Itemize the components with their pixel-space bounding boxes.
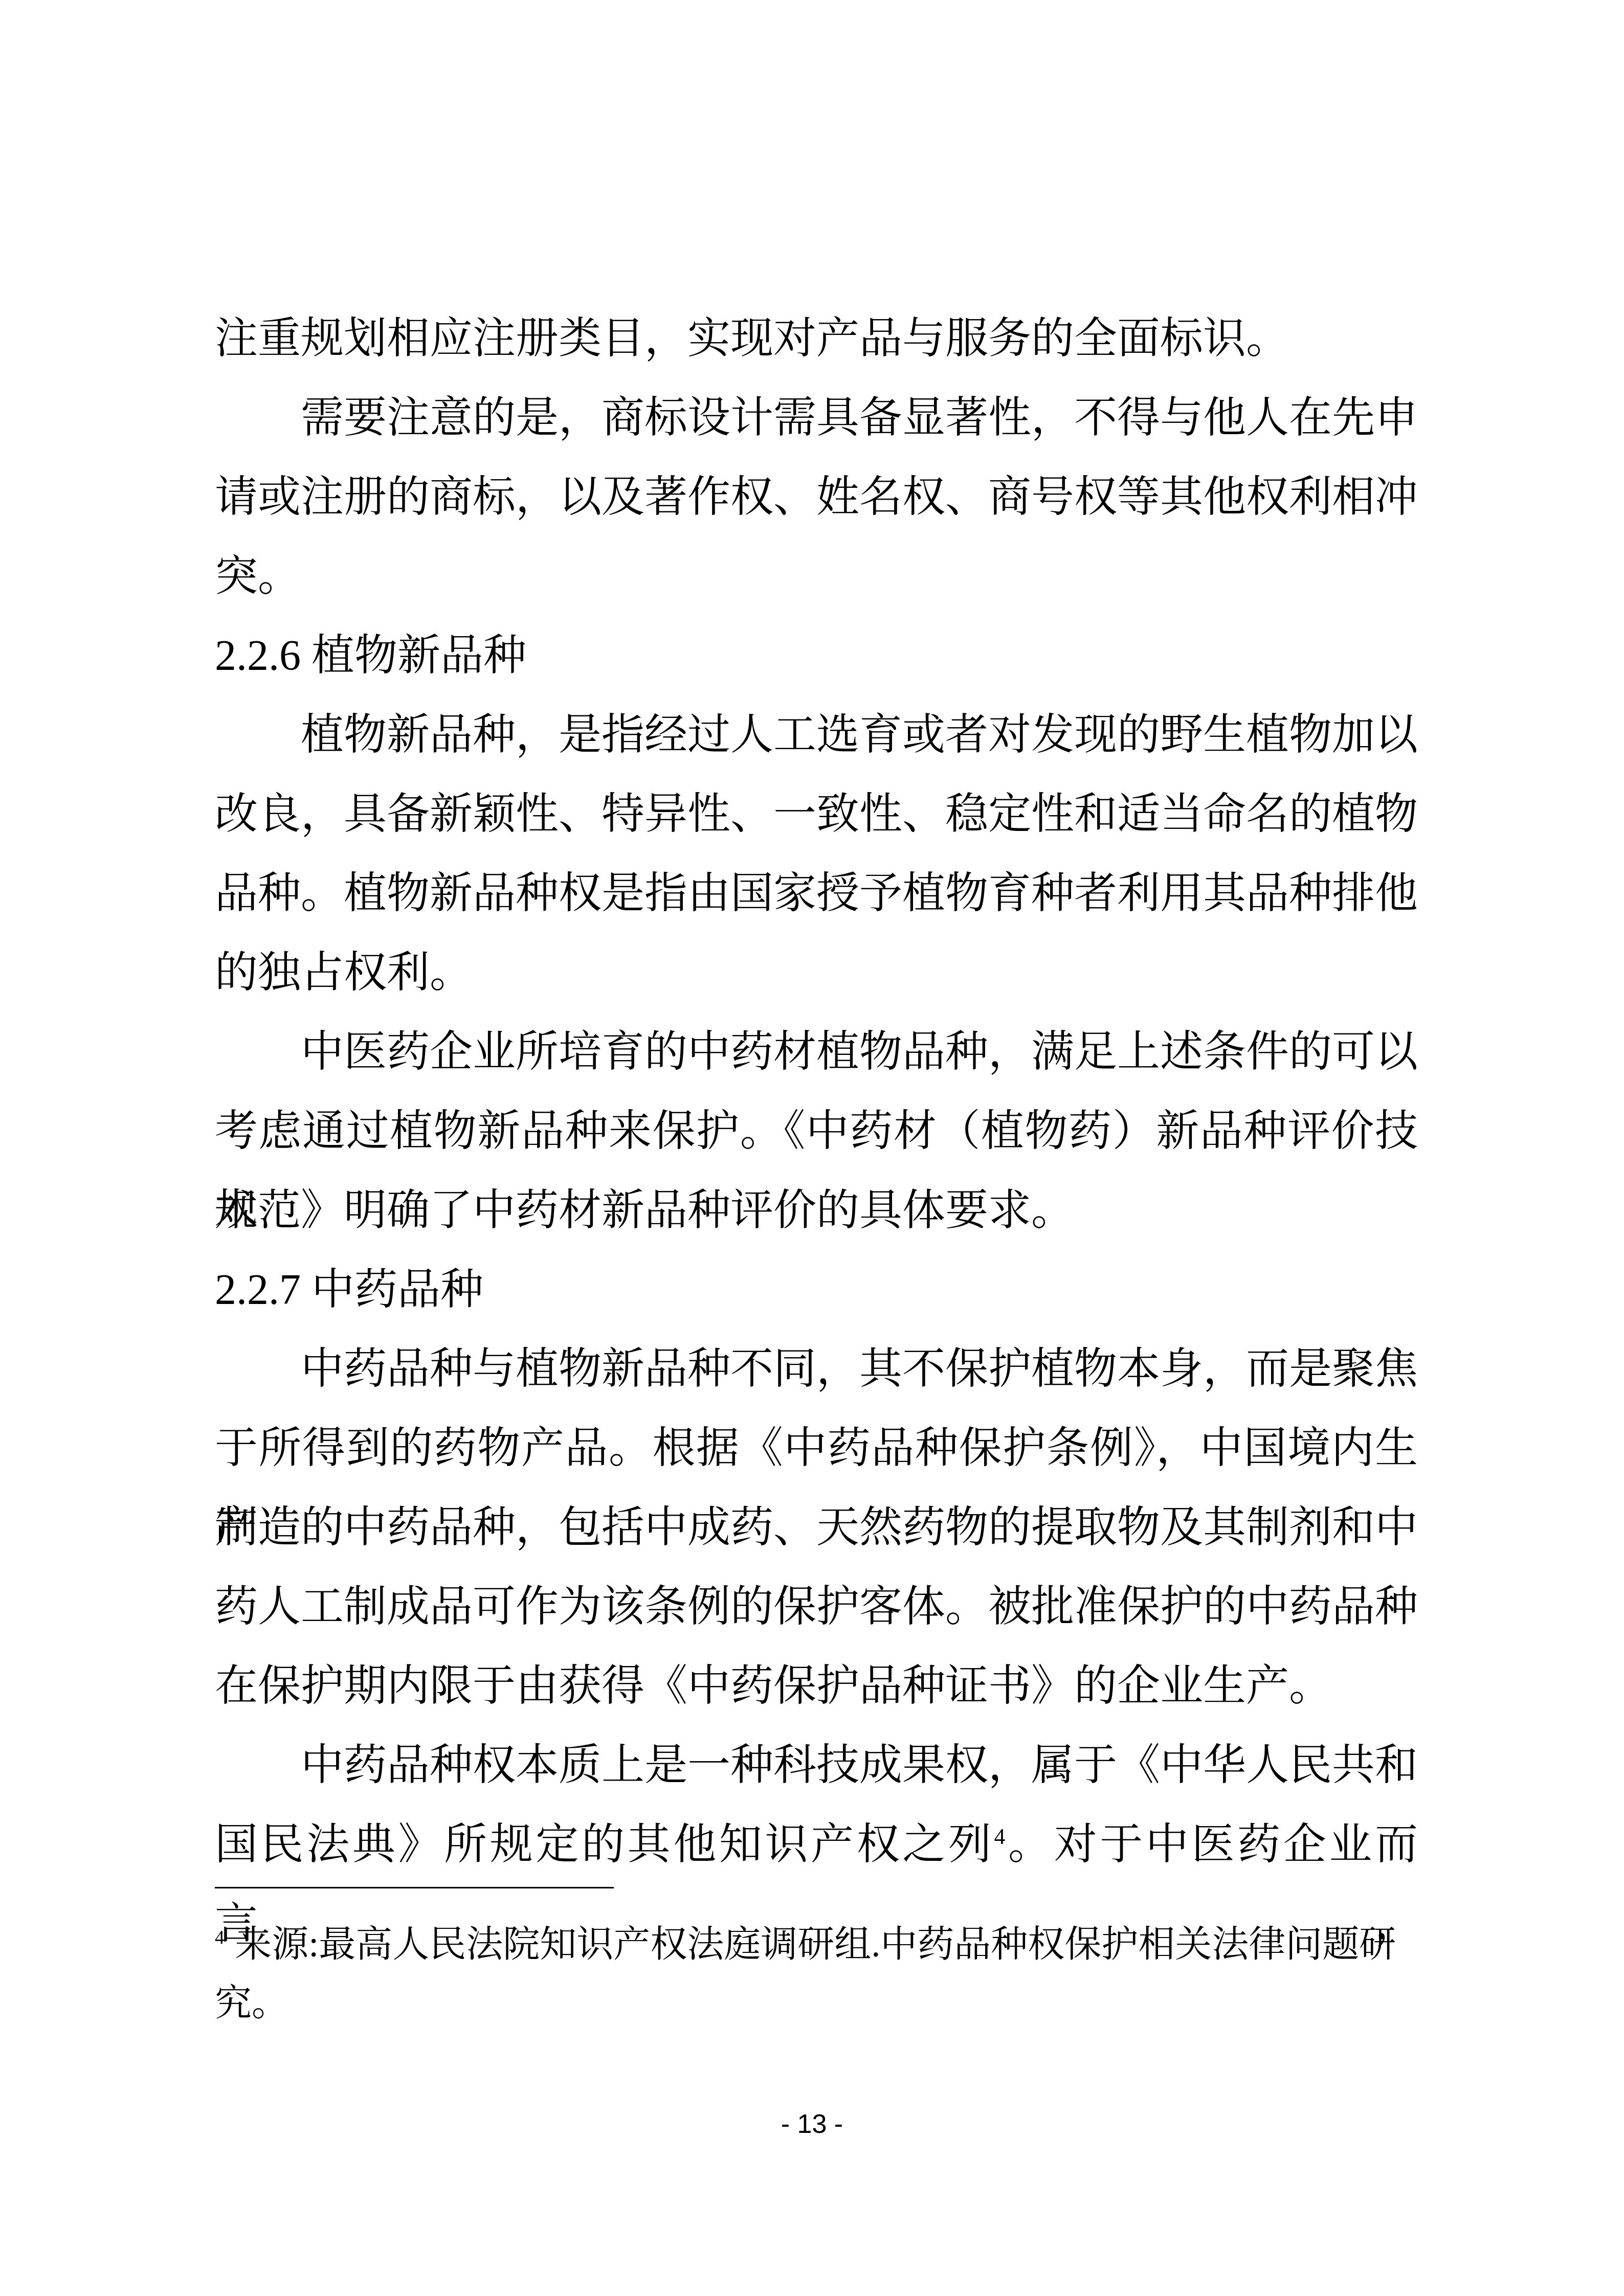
footnote-reference: 4 [994, 1825, 1006, 1849]
footnote-text: 究。 [215, 1983, 288, 2023]
body-line: 需要注意的是，商标设计需具备显著性，不得与他人在先申 [215, 378, 1418, 458]
body-line: 中医药企业所培育的中药材植物品种，满足上述条件的可以 [215, 1012, 1418, 1092]
footnote-line: 4来源:最高人民法院知识产权法庭调研组.中药品种权保护相关法律问题研 [215, 1915, 1418, 1974]
text-run: 中药品种权本质上是一种科技成果权，属于《中华人民共和 [301, 1742, 1418, 1789]
body-line: 的独占权利。 [215, 933, 1418, 1012]
text-run: 品种。植物新品种权是指由国家授予植物育种者利用其品种排他 [215, 870, 1418, 917]
text-run: 中药品种与植物新品种不同，其不保护植物本身，而是聚焦 [301, 1345, 1418, 1393]
text-run: 在保护期内限于由获得《中药保护品种证书》的企业生产。 [215, 1662, 1332, 1710]
page-number: - 13 - [0, 2111, 1624, 2137]
text-run: 药人工制成品可作为该条例的保护客体。被批准保护的中药品种 [215, 1583, 1418, 1631]
footnote-marker: 4 [215, 1927, 225, 1948]
body-line: 药人工制成品可作为该条例的保护客体。被批准保护的中药品种 [215, 1567, 1418, 1647]
body-line: 在保护期内限于由获得《中药保护品种证书》的企业生产。 [215, 1647, 1418, 1726]
body-line: 请或注册的商标，以及著作权、姓名权、商号权等其他权利相冲 [215, 458, 1418, 537]
text-run: 的独占权利。 [215, 949, 473, 997]
text-run: 2.2.7 中药品种 [215, 1266, 483, 1314]
text-run: 突。 [215, 553, 301, 600]
body-line: 制造的中药品种，包括中成药、天然药物的提取物及其制剂和中 [215, 1488, 1418, 1567]
section-heading: 2.2.6 植物新品种 [215, 616, 1418, 695]
text-run: 制造的中药品种，包括中成药、天然药物的提取物及其制剂和中 [215, 1504, 1418, 1551]
body-line: 改良，具备新颖性、特异性、一致性、稳定性和适当命名的植物 [215, 775, 1418, 854]
body-line: 植物新品种，是指经过人工选育或者对发现的野生植物加以 [215, 695, 1418, 775]
text-run: 规范》明确了中药材新品种评价的具体要求。 [215, 1187, 1074, 1234]
footnote-line: 究。 [215, 1974, 1418, 2033]
text-run: 改良，具备新颖性、特异性、一致性、稳定性和适当命名的植物 [215, 791, 1418, 838]
section-heading: 2.2.7 中药品种 [215, 1250, 1418, 1330]
body-line: 注重规划相应注册类目，实现对产品与服务的全面标识。 [215, 299, 1418, 378]
body-line: 突。 [215, 537, 1418, 616]
body-line: 于所得到的药物产品。根据《中药品种保护条例》，中国境内生产 [215, 1409, 1418, 1488]
document-page: 注重规划相应注册类目，实现对产品与服务的全面标识。需要注意的是，商标设计需具备显… [0, 0, 1624, 2296]
document-body: 注重规划相应注册类目，实现对产品与服务的全面标识。需要注意的是，商标设计需具备显… [215, 299, 1418, 1884]
text-run: 植物新品种，是指经过人工选育或者对发现的野生植物加以 [301, 711, 1418, 759]
text-run: 2.2.6 植物新品种 [215, 632, 526, 680]
text-run: 中医药企业所培育的中药材植物品种，满足上述条件的可以 [301, 1028, 1418, 1076]
body-line: 中药品种与植物新品种不同，其不保护植物本身，而是聚焦 [215, 1330, 1418, 1409]
body-line: 规范》明确了中药材新品种评价的具体要求。 [215, 1171, 1418, 1250]
footnote-area: 4来源:最高人民法院知识产权法庭调研组.中药品种权保护相关法律问题研 究。 [215, 1915, 1418, 2033]
text-run: 国民法典》所规定的其他知识产权之列 [215, 1821, 994, 1869]
body-line: 品种。植物新品种权是指由国家授予植物育种者利用其品种排他 [215, 854, 1418, 933]
text-run: 请或注册的商标，以及著作权、姓名权、商号权等其他权利相冲 [215, 474, 1418, 521]
body-line: 国民法典》所规定的其他知识产权之列4。对于中医药企业而言， [215, 1805, 1418, 1884]
footnote-separator [215, 1887, 614, 1888]
body-line: 考虑通过植物新品种来保护。《中药材（植物药）新品种评价技术 [215, 1092, 1418, 1171]
footnote-text: 来源:最高人民法院知识产权法庭调研组.中药品种权保护相关法律问题研 [235, 1924, 1396, 1965]
text-run: 需要注意的是，商标设计需具备显著性，不得与他人在先申 [301, 394, 1418, 442]
body-line: 中药品种权本质上是一种科技成果权，属于《中华人民共和 [215, 1726, 1418, 1805]
text-run: 注重规划相应注册类目，实现对产品与服务的全面标识。 [215, 315, 1289, 363]
